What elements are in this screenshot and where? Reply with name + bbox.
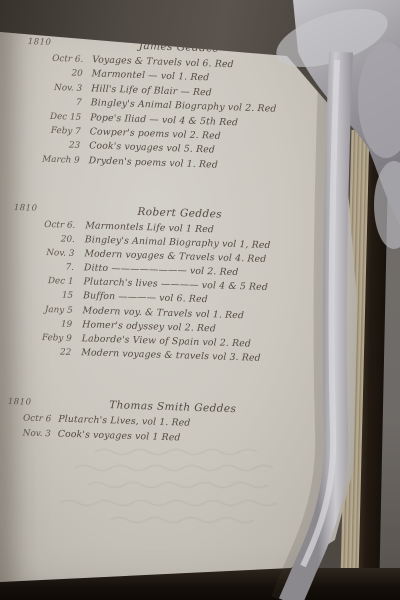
photo-of-ledger: 1810 James Geddes Octr 6.Voyages & Trave…	[0, 0, 400, 600]
ledger-page: 1810 James Geddes Octr 6.Voyages & Trave…	[0, 0, 368, 600]
show-through-writing	[0, 0, 368, 600]
